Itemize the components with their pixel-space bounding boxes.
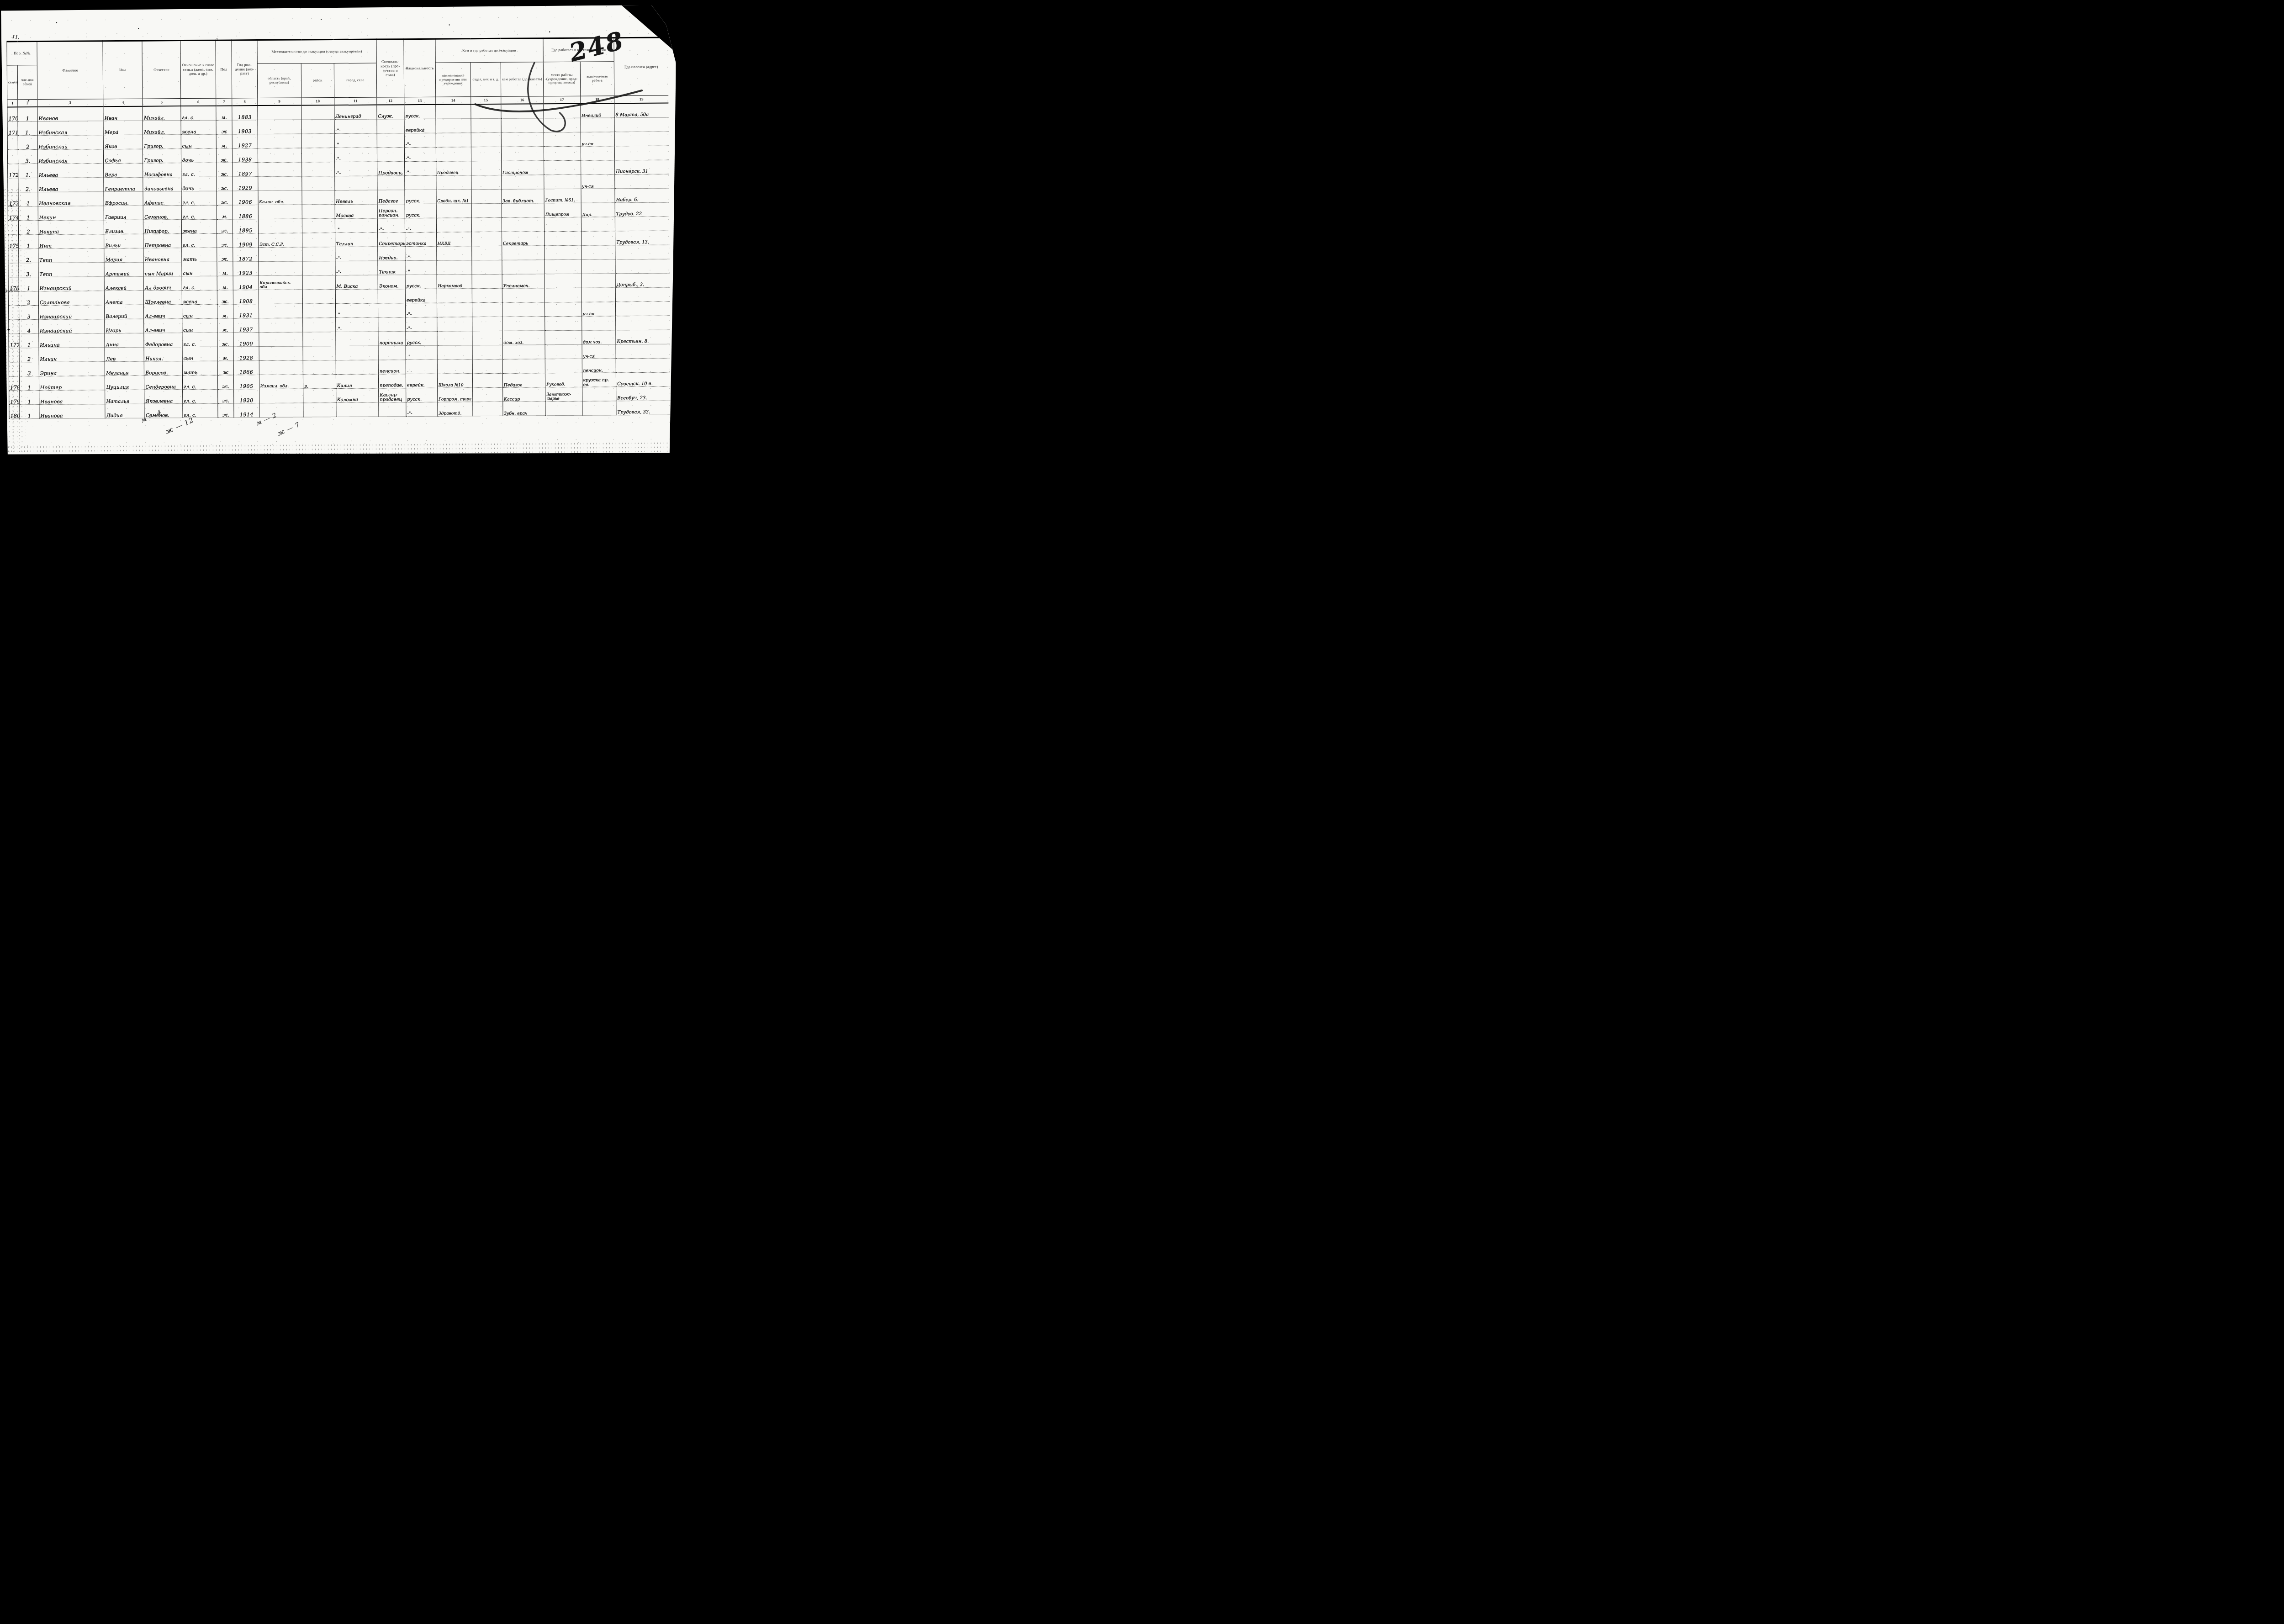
cell-col1	[8, 249, 19, 263]
header-families: семей	[7, 65, 18, 100]
cell-col7: м.	[217, 304, 233, 318]
cell-col9: Измаил. обл.	[259, 375, 303, 389]
cell-col17	[544, 132, 581, 146]
cell-col4: Вера	[104, 163, 143, 178]
cell-col9	[258, 205, 302, 219]
cell-col10	[302, 176, 335, 190]
header-specialty: Специаль­ность (про­фессия и стаж)	[376, 39, 404, 97]
cell-col13: еврейка	[404, 119, 436, 133]
cell-col12: Персон. пенсион.	[377, 204, 405, 218]
cell-col14	[437, 289, 472, 303]
cell-col17	[545, 344, 582, 359]
cell-col5: Ал-дрович	[144, 276, 182, 291]
cell-col5: Ал-евич	[144, 305, 182, 319]
cell-col17: Пищепром	[544, 203, 581, 217]
cell-col19: Набер. 6.	[615, 188, 669, 203]
cell-col16	[502, 288, 545, 303]
cell-col14: Средн. шк. №1	[436, 190, 472, 204]
cell-col8: 1906	[233, 191, 258, 205]
table-body: 1701ИвановИванМихайл.гл. с.м.1883Ленингр…	[7, 103, 671, 419]
cell-col12	[377, 133, 404, 148]
cell-col15	[472, 317, 502, 331]
cell-col4: Алексей	[104, 276, 143, 291]
column-number-19: 19	[614, 95, 669, 103]
ink-speck	[28, 100, 29, 101]
cell-col18	[581, 146, 615, 160]
cell-col15	[472, 288, 502, 302]
cell-col10	[303, 389, 336, 403]
ink-speck	[56, 22, 57, 23]
column-number-4: 4	[103, 99, 143, 106]
cell-col9	[258, 120, 302, 134]
cell-col18: уч-ся	[581, 175, 615, 189]
cell-col3: Эрина	[39, 362, 105, 376]
cell-col4: Ефросин.	[104, 191, 143, 206]
cell-col4: Лидия	[105, 404, 144, 418]
cell-col18: кружка пр. ев.	[582, 373, 616, 387]
cell-col17: Заготкож-сырье	[545, 387, 582, 401]
cell-col3: Ильева	[37, 178, 104, 192]
column-number-13: 13	[404, 97, 436, 105]
cell-col13: -"-	[405, 260, 437, 275]
cell-col14	[436, 119, 471, 133]
cell-col11: -"-	[335, 303, 378, 318]
cell-col5: Григор.	[143, 135, 181, 149]
cell-col10	[302, 205, 335, 219]
cell-col6: гл. с.	[182, 389, 218, 403]
cell-col6: сын	[182, 304, 217, 318]
header-department: отдел, цех и т. д.	[471, 62, 501, 96]
cell-col5: Михайл.	[143, 121, 181, 135]
cell-col19	[616, 316, 670, 330]
ink-speck	[7, 328, 10, 330]
cell-col10	[302, 219, 335, 233]
cell-col7: ж.	[217, 219, 233, 233]
cell-col17	[545, 359, 582, 373]
cell-col9	[259, 290, 303, 304]
column-number-10: 10	[301, 98, 334, 106]
cell-col12: портниха	[378, 332, 406, 346]
cell-col9	[259, 261, 303, 276]
cell-col10	[302, 290, 335, 304]
header-por-num: Пор. №№	[7, 42, 37, 65]
cell-col15	[471, 203, 502, 217]
cell-col17	[545, 245, 582, 259]
cell-col1: 171	[7, 122, 18, 136]
cell-col7: м.	[216, 106, 232, 120]
cell-col17	[545, 231, 582, 245]
cell-col5: Иосифовна	[143, 163, 181, 178]
cell-col2: 4	[19, 320, 39, 334]
cell-col9: Кировоградск. обл.	[259, 275, 303, 290]
cell-col14: Продавец	[436, 161, 471, 175]
cell-col14	[436, 218, 472, 232]
cell-col18	[582, 274, 616, 288]
cell-col7: м.	[216, 134, 232, 148]
cell-col17	[544, 175, 581, 189]
cell-col18	[582, 401, 616, 415]
cell-col10	[302, 275, 335, 290]
cell-col15	[471, 147, 501, 161]
cell-col4: Артемий	[104, 262, 143, 277]
cell-col11: -"-	[335, 317, 378, 332]
cell-col11	[336, 402, 379, 417]
cell-col18: дом хоз.	[582, 330, 616, 344]
tally-note-female-2: ж — 7	[276, 421, 301, 438]
cell-col14	[437, 260, 472, 275]
cell-col17	[545, 259, 582, 274]
cell-col11: Ленинград	[334, 105, 377, 119]
cell-col8: 1909	[233, 233, 259, 248]
cell-col15	[472, 359, 502, 373]
cell-col19: Всеобуч, 23.	[616, 386, 671, 401]
cell-col15	[472, 260, 502, 274]
column-number-5: 5	[143, 99, 180, 106]
cell-col2: 1.	[18, 164, 38, 178]
cell-col16	[502, 175, 545, 190]
cell-col2: 3.	[19, 263, 38, 277]
cell-col15	[473, 387, 503, 402]
cell-col6: сын	[182, 347, 218, 361]
cell-col4: Иван	[103, 106, 143, 121]
cell-col11: Коломна	[336, 388, 379, 403]
cell-col15	[472, 274, 502, 288]
cell-col9	[259, 332, 303, 347]
cell-col1	[7, 136, 18, 150]
cell-col17: Руковод.	[545, 373, 582, 387]
header-nationality: Националь­ность	[404, 39, 435, 97]
cell-col18	[582, 288, 616, 302]
cell-col11: -"-	[335, 261, 378, 275]
cell-col13: -"-	[405, 161, 436, 175]
cell-col4: Мария	[104, 248, 143, 263]
cell-col8: 1900	[233, 333, 259, 347]
cell-col2: 1	[20, 391, 39, 405]
cell-col5: Петровна	[143, 234, 181, 249]
cell-col19	[615, 259, 670, 274]
cell-col11	[335, 289, 378, 304]
cell-col17	[545, 274, 582, 288]
corner-note: 11.	[12, 35, 20, 40]
cell-col6: гл. с.	[181, 163, 217, 177]
header-birth-year: Год рож­дения (воз­раст)	[232, 40, 257, 98]
cell-col15	[473, 402, 503, 416]
cell-col2: 3	[20, 362, 39, 376]
cell-col13: русск.	[405, 204, 436, 218]
cell-col15	[472, 232, 502, 246]
paper-sheet: 11. 1 Пор. №№ Фамилия Имя Отчество Отнош…	[1, 5, 678, 457]
cell-col17	[545, 316, 582, 330]
cell-col18	[581, 189, 615, 203]
cell-col14	[435, 104, 471, 119]
cell-col6: мать	[181, 248, 217, 262]
evacuation-register-table: Пор. №№ Фамилия Имя Отчество Отношение к…	[6, 37, 670, 419]
cell-col7: ж	[217, 361, 233, 375]
cell-col7: ж.	[217, 248, 233, 262]
cell-col18: уч-ся	[582, 344, 616, 359]
cell-col19: Трудовая, 33.	[616, 401, 671, 415]
cell-col6: гл. с.	[182, 276, 217, 290]
cell-col15	[472, 345, 502, 359]
cell-col7: ж.	[217, 163, 233, 177]
cell-col8: 1938	[233, 148, 258, 163]
cell-col12	[377, 119, 404, 133]
column-number-6: 6	[180, 98, 216, 106]
cell-col4: Лев	[105, 347, 144, 362]
cell-col13: -"-	[405, 246, 437, 260]
cell-col5: Ивановна	[143, 248, 181, 263]
cell-col17	[544, 118, 581, 132]
cell-col18: пенсион.	[582, 359, 616, 373]
cell-col8: 1928	[233, 347, 259, 361]
cell-col8: 1866	[233, 361, 259, 375]
cell-col8: 1897	[233, 163, 258, 177]
cell-col5: Михайл.	[143, 106, 180, 121]
cell-col18	[582, 316, 616, 330]
cell-col4: Наталья	[105, 390, 144, 404]
column-number-3: 3	[37, 99, 103, 107]
cell-col14: НКВД	[436, 232, 472, 246]
cell-col2: 2.	[19, 249, 38, 263]
cell-col2: 1	[18, 192, 38, 206]
cell-col11: -"-	[334, 148, 377, 162]
cell-col17	[544, 160, 581, 175]
cell-col19	[615, 217, 669, 231]
column-number-14: 14	[435, 97, 471, 105]
header-current-work: выполняе­мая работа	[580, 62, 614, 96]
cell-col18: Инвалид	[580, 103, 614, 118]
cell-col11	[336, 332, 379, 346]
cell-col16	[502, 345, 545, 360]
cell-col1: 173	[8, 192, 19, 206]
cell-col4: Елизав.	[104, 220, 143, 234]
cell-col10	[303, 360, 336, 375]
cell-col16	[502, 246, 545, 260]
cell-col3: Избинская	[37, 121, 104, 136]
cell-col8: 1908	[233, 290, 259, 304]
cell-col2: 3	[19, 306, 39, 320]
cell-col13: русск.	[405, 190, 436, 204]
column-number-8: 8	[232, 98, 258, 106]
cell-col16: Зубн. врач	[503, 402, 546, 416]
cell-col15	[472, 302, 502, 317]
cell-col3: Иванов	[37, 106, 104, 121]
ink-speck	[11, 205, 12, 206]
cell-col11: -"-	[335, 218, 378, 233]
cell-col14	[437, 303, 472, 317]
cell-col13: -"-	[406, 345, 437, 360]
cell-col14	[437, 345, 473, 360]
cell-col12: Секретарь	[378, 233, 405, 247]
cell-col5: Афанас.	[143, 191, 181, 206]
cell-col10	[301, 105, 334, 120]
cell-col17	[545, 330, 582, 344]
cell-col6: сын	[182, 318, 217, 333]
cell-col2: 2	[18, 136, 38, 150]
cell-col19	[615, 245, 670, 259]
cell-col16	[502, 217, 545, 232]
cell-col16	[502, 260, 545, 275]
cell-col10	[302, 162, 335, 176]
scanned-page: { "page": { "big_number": "248", "corner…	[0, 0, 716, 467]
cell-col6: гл. с.	[181, 205, 217, 219]
cell-col12	[379, 402, 406, 417]
column-number-18: 18	[580, 96, 614, 104]
cell-col5: Федоровна	[144, 333, 182, 348]
cell-col16: Педагог	[502, 373, 545, 388]
cell-col10	[303, 403, 336, 417]
cell-col17	[544, 104, 581, 118]
cell-col2: 1	[19, 206, 38, 221]
cell-col5: Григор.	[143, 149, 181, 164]
cell-col1: 175	[8, 235, 19, 249]
cell-col15	[471, 175, 502, 189]
cell-col18	[581, 217, 615, 231]
cell-col10	[303, 346, 336, 360]
cell-col3: Иванова	[39, 404, 106, 419]
cell-col5: Семенов.	[143, 206, 181, 220]
cell-col1: 179	[9, 391, 20, 405]
cell-col6: жена	[181, 120, 217, 134]
cell-col6: гл. с.	[182, 333, 218, 347]
cell-col19	[616, 344, 670, 359]
cell-col18	[581, 245, 615, 259]
cell-col5: Борисов.	[144, 361, 182, 376]
cell-col13: -"-	[406, 402, 438, 416]
header-city: город, село	[334, 63, 377, 98]
cell-col1: 172	[8, 164, 19, 178]
cell-col14	[436, 204, 472, 218]
cell-col7: ж.	[217, 148, 233, 163]
cell-col15	[471, 161, 502, 175]
cell-col14: Наркомвод	[437, 275, 472, 289]
cell-col15	[471, 189, 502, 203]
cell-col2: 1	[19, 235, 38, 249]
cell-col19: 8 Марта, 50а	[614, 103, 669, 118]
cell-col7: ж.	[217, 191, 233, 205]
cell-col9: Калин. обл.	[258, 190, 302, 205]
cell-col12: Продавец.	[377, 162, 405, 176]
cell-col18: уч-ся	[581, 132, 615, 146]
cell-col12	[378, 289, 405, 303]
cell-col18	[581, 118, 615, 132]
cell-col12: преподав.	[379, 374, 406, 388]
cell-col12	[378, 346, 406, 360]
cell-col3: Ивановская	[38, 192, 104, 206]
cell-col8: 1914	[234, 403, 259, 418]
cell-col7: м.	[217, 205, 233, 219]
cell-col8: 1883	[232, 106, 258, 120]
cell-col2: 2	[19, 291, 39, 306]
cell-col2: 1	[18, 107, 37, 122]
cell-col5: сын Марии	[143, 262, 181, 277]
cell-col6: сын	[182, 262, 217, 276]
cell-col4: Цуцилия	[105, 376, 144, 390]
cell-col15	[472, 373, 502, 387]
cell-col17	[545, 217, 582, 231]
cell-col1: 178	[9, 376, 20, 391]
cell-col2: 1	[20, 376, 39, 391]
cell-col7: м.	[217, 262, 233, 276]
cell-col10	[302, 190, 335, 205]
cell-col9	[258, 162, 302, 177]
cell-col9	[259, 346, 303, 361]
cell-col3: Ильева	[37, 164, 104, 178]
cell-col16	[502, 317, 545, 331]
cell-col9	[258, 176, 302, 191]
cell-col11: -"-	[334, 119, 377, 134]
cell-col1	[8, 263, 19, 277]
cell-col3: Тепп	[38, 249, 104, 263]
cell-col9	[258, 134, 302, 148]
cell-col9	[258, 219, 302, 233]
cell-col8: 1895	[233, 219, 259, 233]
cell-col4: Валерий	[105, 305, 144, 319]
cell-col1	[9, 362, 20, 376]
cell-col9	[258, 148, 302, 163]
cell-col3: Изнаирский	[38, 305, 105, 320]
cell-col19: Советск. 10 в.	[616, 372, 670, 387]
cell-col18: уч-ся	[582, 302, 616, 316]
cell-col16	[502, 359, 545, 374]
cell-col3: Инт	[38, 234, 104, 249]
cell-col11	[336, 346, 379, 360]
cell-col13: еврейк.	[406, 374, 437, 388]
cell-col1	[9, 348, 20, 362]
cell-col14	[436, 147, 471, 161]
cell-col16	[501, 118, 544, 133]
cell-col11: М. Виска	[335, 275, 378, 290]
column-number-17: 17	[544, 96, 580, 104]
cell-col7: м.	[217, 347, 233, 361]
cell-col19	[614, 132, 669, 146]
cell-col3: Изнаирский	[38, 277, 105, 291]
cell-col7: ж.	[217, 290, 233, 304]
cell-col13	[405, 175, 436, 190]
cell-col12: Техник	[378, 261, 405, 275]
cell-col16	[501, 104, 544, 118]
cell-col7: ж.	[218, 375, 234, 389]
cell-col2: 1	[20, 405, 39, 419]
cell-col11	[336, 360, 379, 375]
cell-col12: пенсион.	[378, 360, 406, 374]
cell-col8: 1931	[233, 304, 259, 318]
cell-col12: Эконом.	[378, 275, 405, 289]
cell-col14: Школа №10	[437, 374, 473, 388]
header-work-before-group: Кем и где работал до эвакуации	[435, 38, 544, 63]
cell-col1	[8, 178, 19, 192]
cell-col10: з.	[303, 375, 336, 389]
header-patronymic: Отчество	[142, 41, 180, 99]
cell-col16	[501, 147, 544, 161]
cell-col6: жена	[181, 219, 217, 233]
cell-col12	[377, 148, 405, 162]
cell-col6: гл. с.	[181, 106, 217, 121]
cell-col15	[471, 104, 501, 119]
cell-col18	[581, 231, 615, 245]
cell-col4: Меланья	[105, 361, 144, 376]
column-number-7: 7	[216, 98, 232, 106]
cell-col11: Невель	[335, 190, 378, 205]
cell-col13: -"-	[406, 360, 437, 374]
cell-col13: -"-	[404, 133, 436, 147]
cell-col5: Зиновьевна	[143, 177, 181, 192]
cell-col6: жена	[182, 290, 217, 304]
cell-col6: мать	[182, 361, 218, 375]
cell-col13: эстонка	[405, 232, 437, 246]
cell-col13: русск.	[404, 105, 436, 119]
cell-col2: 3.	[18, 150, 38, 164]
